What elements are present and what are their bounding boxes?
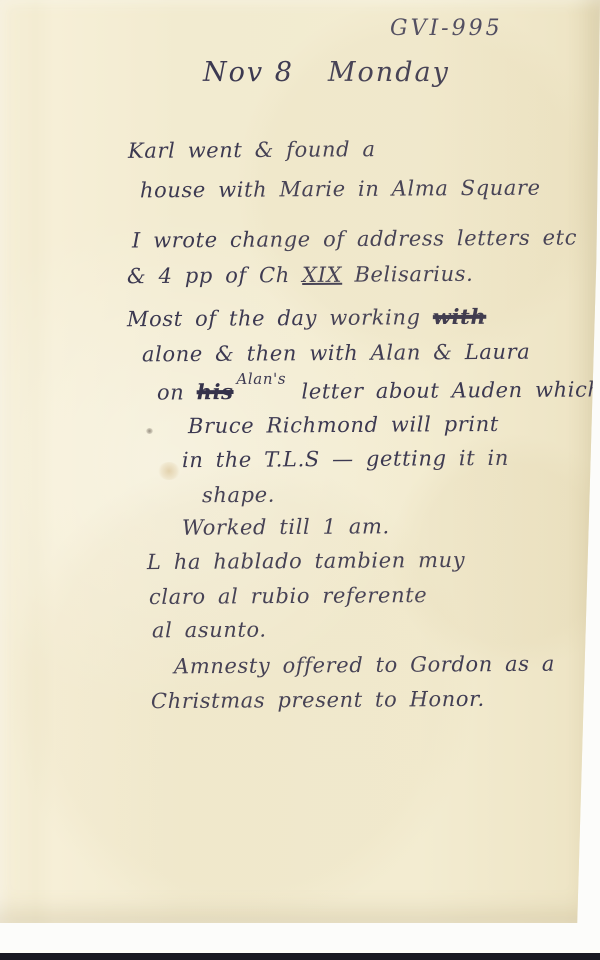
- scan-edge: [0, 953, 600, 960]
- handwritten-line: & 4 pp of Ch XIX Belisarius.: [127, 262, 473, 288]
- hand-text: on: [157, 380, 197, 404]
- hand-text: Karl went & found a: [128, 137, 376, 163]
- handwritten-line: Most of the day working with: [127, 304, 486, 332]
- handwritten-line: in the T.L.S — getting it in: [182, 446, 509, 472]
- hand-text: Bruce Richmond will print: [188, 412, 499, 438]
- handwritten-line: Karl went & found a: [128, 137, 376, 163]
- hand-text: alone & then with Alan & Laura: [142, 340, 530, 367]
- hand-text: Most of the day working: [127, 305, 433, 331]
- handwritten-line: Bruce Richmond will print: [188, 412, 499, 438]
- hand-text: Amnesty offered to Gordon as a: [174, 652, 555, 679]
- hand-text: house with Marie in Alma Square: [140, 176, 541, 203]
- handwritten-line: house with Marie in Alma Square: [140, 176, 541, 203]
- underlined-word: XIX: [302, 263, 342, 287]
- handwritten-line: alone & then with Alan & Laura: [142, 340, 530, 367]
- struck-word: with: [433, 304, 487, 329]
- handwritten-line: claro al rubio referente: [149, 583, 427, 609]
- scanned-page-backdrop: GVI-995 Nov 8 Monday Karl went & found a…: [0, 0, 600, 960]
- hand-text: al asunto.: [152, 618, 267, 643]
- hand-text: claro al rubio referente: [149, 583, 427, 609]
- handwritten-line: shape.: [202, 483, 275, 508]
- handwritten-line: Amnesty offered to Gordon as a: [174, 652, 555, 679]
- hand-text: & 4 pp of Ch: [127, 263, 302, 288]
- hand-text: L ha hablado tambien muy: [147, 548, 465, 574]
- handwritten-line: I wrote change of address letters etc: [132, 225, 577, 252]
- handwritten-line: on hisAlan's letter about Auden which: [157, 376, 600, 404]
- hand-text: shape.: [202, 483, 275, 508]
- hand-text: in the T.L.S — getting it in: [182, 446, 509, 472]
- handwritten-line: Worked till 1 am.: [182, 514, 390, 539]
- diary-page: GVI-995 Nov 8 Monday Karl went & found a…: [0, 0, 600, 923]
- handwritten-line: L ha hablado tambien muy: [147, 548, 465, 574]
- hand-text: Christmas present to Honor.: [151, 687, 485, 713]
- handwritten-line: Christmas present to Honor.: [151, 687, 485, 713]
- hand-text: Belisarius.: [342, 262, 473, 287]
- entry-body: Karl went & found ahouse with Marie in A…: [0, 0, 600, 923]
- handwritten-line: al asunto.: [152, 618, 267, 643]
- hand-text: I wrote change of address letters etc: [132, 225, 577, 252]
- hand-text: letter about Auden which: [289, 377, 600, 403]
- inserted-word-above-line: Alan's: [236, 370, 286, 388]
- struck-word: his: [197, 379, 234, 404]
- hand-text: Worked till 1 am.: [182, 514, 390, 539]
